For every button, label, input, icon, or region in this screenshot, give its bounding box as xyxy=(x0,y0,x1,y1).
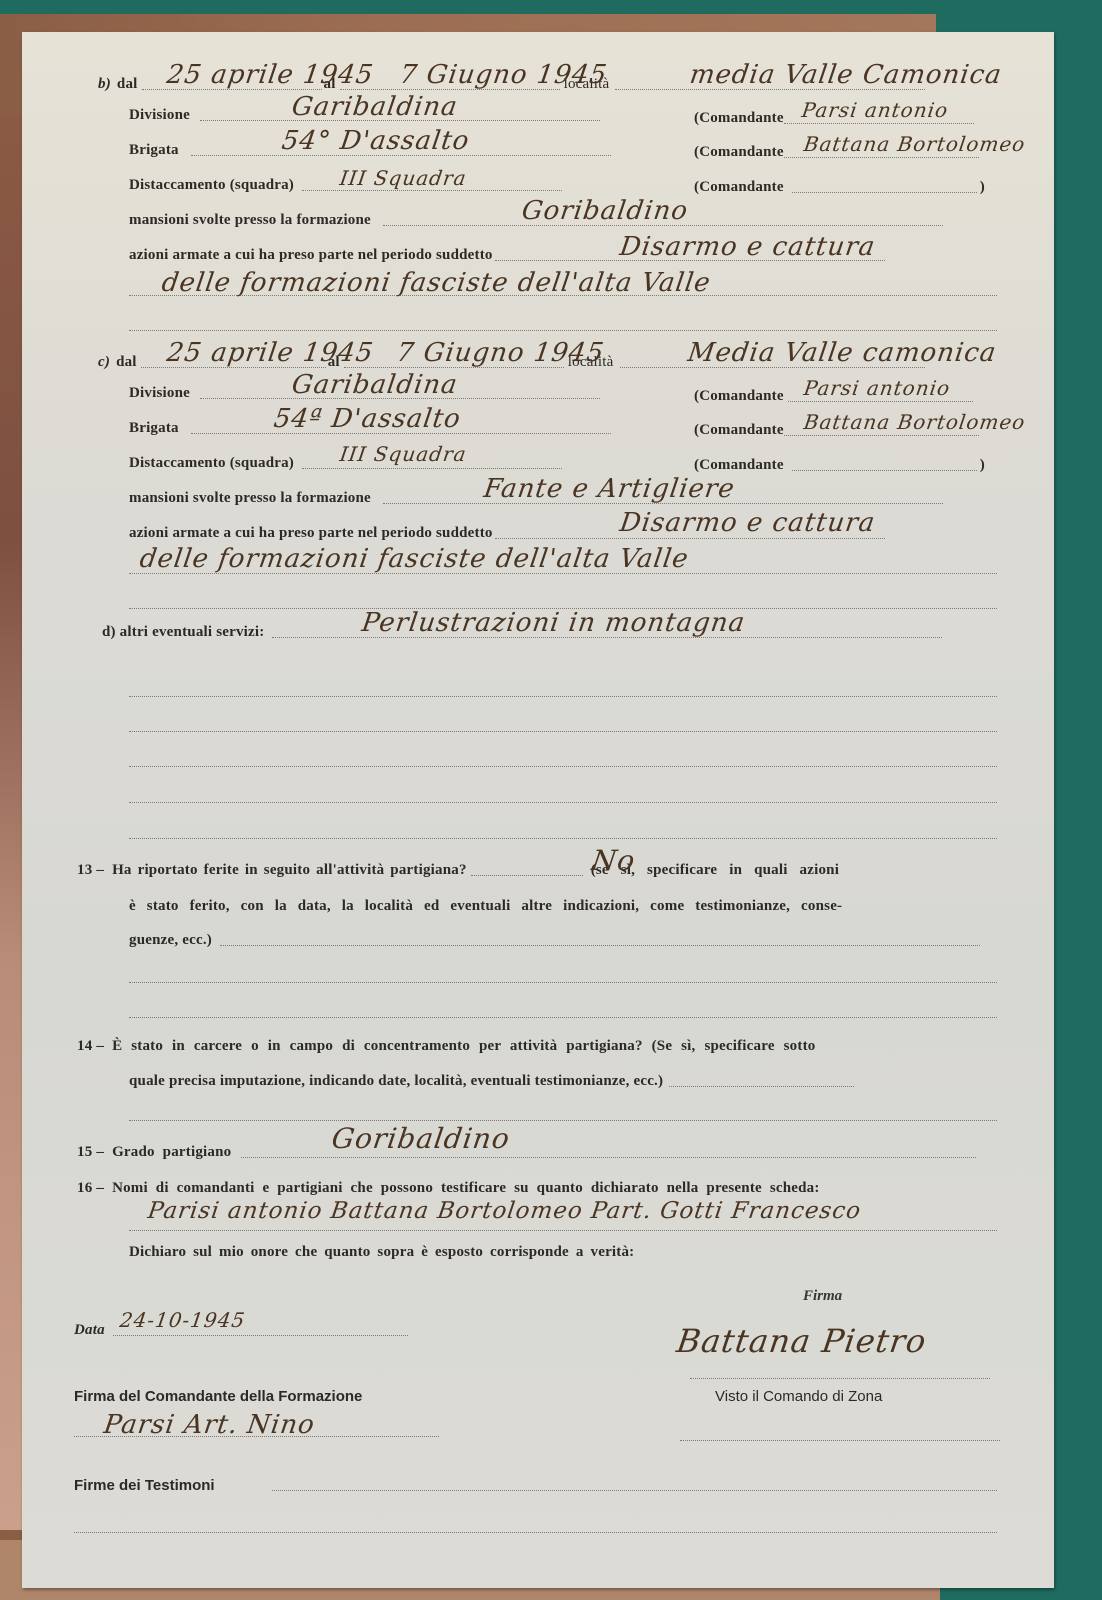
section-b-dist-comandante-row: (Comandante ) xyxy=(694,179,985,196)
dist-comandante-label: (Comandante xyxy=(694,179,784,196)
altri-servizi-label: d) altri eventuali servizi: xyxy=(102,624,264,641)
brigata-handwritten: 54° D'assalto xyxy=(280,126,472,156)
q13-row-3: guenze, ecc.) xyxy=(129,932,980,949)
grado-partigiano-label: Grado partigiano xyxy=(112,1144,231,1161)
q14-details-field[interactable] xyxy=(669,1086,854,1087)
q15-row: 15 – Grado partigiano xyxy=(77,1144,976,1161)
grado-partigiano-handwritten: Goribaldino xyxy=(330,1122,513,1155)
brigata-label: Brigata xyxy=(129,420,179,437)
divisione-label: Divisione xyxy=(129,385,190,402)
q14-row-2: quale precisa imputazione, indicando dat… xyxy=(129,1073,854,1090)
brig-comandante-field[interactable] xyxy=(784,435,979,436)
q13-line-2[interactable] xyxy=(129,982,997,983)
mansioni-handwritten: Goribaldino xyxy=(520,196,690,226)
q13-text-4: guenze, ecc.) xyxy=(129,932,212,949)
azioni-label: azioni armate a cui ha preso parte nel p… xyxy=(129,247,493,264)
q13-details-field[interactable] xyxy=(220,945,980,946)
close-paren: ) xyxy=(980,457,985,474)
azioni-handwritten-2: delle formazioni fasciste dell'alta Vall… xyxy=(160,268,713,298)
div-comandante-handwritten: Parsi antonio xyxy=(800,98,950,122)
brig-comandante-label: (Comandante xyxy=(694,144,784,161)
azioni-handwritten-1: Disarmo e cattura xyxy=(618,232,878,262)
q14-line-2[interactable] xyxy=(129,1120,997,1121)
q14-text-2: quale precisa imputazione, indicando dat… xyxy=(129,1073,663,1090)
altri-servizi-handwritten: Perlustrazioni in montagna xyxy=(360,608,747,638)
visto-comando-zona-field[interactable] xyxy=(680,1440,1000,1441)
div-comandante-field[interactable] xyxy=(788,401,973,402)
azioni-label: azioni armate a cui ha preso parte nel p… xyxy=(129,525,493,542)
div-comandante-handwritten: Parsi antonio xyxy=(802,376,952,400)
q13-row-2: è stato ferito, con la data, la località… xyxy=(129,898,842,915)
distaccamento-handwritten: III Squadra xyxy=(338,442,468,466)
distaccamento-field[interactable] xyxy=(302,190,562,191)
altri-servizi-line-6[interactable] xyxy=(129,838,997,839)
azioni-handwritten-1: Disarmo e cattura xyxy=(618,508,878,538)
firme-testimoni-label: Firme dei Testimoni xyxy=(74,1477,215,1494)
brig-comandante-handwritten: Battana Bortolomeo xyxy=(802,410,1027,434)
altri-servizi-line-3[interactable] xyxy=(129,731,997,732)
q16-handwritten: Parisi antonio Battana Bortolomeo Part. … xyxy=(146,1198,863,1224)
dist-comandante-field[interactable] xyxy=(792,192,977,193)
q15-number: 15 – xyxy=(77,1144,104,1161)
q14-number: 14 – xyxy=(77,1038,104,1055)
brig-comandante-handwritten: Battana Bortolomeo xyxy=(802,132,1027,156)
divisione-handwritten: Garibaldina xyxy=(290,92,460,122)
section-b-extra-line[interactable] xyxy=(129,330,997,331)
brig-comandante-field[interactable] xyxy=(784,157,979,158)
div-comandante-field[interactable] xyxy=(784,123,974,124)
brigata-handwritten: 54ª D'assalto xyxy=(272,404,463,434)
data-handwritten: 24-10-1945 xyxy=(118,1308,247,1332)
partisan-form-page: b) dal al località 25 aprile 1945 7 Giug… xyxy=(22,32,1054,1588)
q13-number: 13 – xyxy=(77,862,104,879)
q16-label: Nomi di comandanti e partigiani che poss… xyxy=(112,1180,820,1197)
mansioni-label: mansioni svolte presso la formazione xyxy=(129,490,371,507)
firma-field[interactable] xyxy=(690,1378,990,1379)
section-c-dist-comandante-row: (Comandante ) xyxy=(694,457,985,474)
q13-answer-handwritten: No xyxy=(590,844,638,877)
altri-servizi-line-2[interactable] xyxy=(129,696,997,697)
al-handwritten: 7 Giugno 1945 xyxy=(398,60,609,90)
section-b-prefix: b) xyxy=(98,76,111,93)
data-label: Data xyxy=(74,1322,105,1339)
visto-comando-zona-label: Visto il Comando di Zona xyxy=(715,1388,882,1405)
q14-question: È stato in carcere o in campo di concent… xyxy=(112,1038,815,1055)
dal-label: dal xyxy=(117,76,138,93)
mansioni-handwritten: Fante e Artigliere xyxy=(482,474,737,504)
grado-partigiano-field[interactable] xyxy=(241,1157,976,1158)
q13-row-1: 13 – Ha riportato ferite in seguito all'… xyxy=(77,862,997,879)
declaration-row: Dichiaro sul mio onore che quanto sopra … xyxy=(129,1244,634,1261)
q16-field[interactable] xyxy=(129,1230,997,1231)
firma-handwritten: Battana Pietro xyxy=(674,1322,929,1360)
distaccamento-handwritten: III Squadra xyxy=(338,166,468,190)
firme-testimoni-field-1[interactable] xyxy=(272,1490,997,1491)
al-handwritten: 7 Giugno 1945 xyxy=(395,338,606,368)
altri-servizi-line-4[interactable] xyxy=(129,766,997,767)
altri-servizi-line-5[interactable] xyxy=(129,802,997,803)
q13-answer-field[interactable] xyxy=(471,875,583,876)
close-paren: ) xyxy=(980,179,985,196)
dal-handwritten: 25 aprile 1945 xyxy=(165,338,376,368)
distaccamento-field[interactable] xyxy=(302,468,562,469)
distaccamento-label: Distaccamento (squadra) xyxy=(129,177,294,194)
q16-row: 16 – Nomi di comandanti e partigiani che… xyxy=(77,1180,820,1197)
dal-label: dal xyxy=(116,354,137,371)
distaccamento-label: Distaccamento (squadra) xyxy=(129,455,294,472)
firme-testimoni-field-2[interactable] xyxy=(74,1532,997,1533)
localita-handwritten: media Valle Camonica xyxy=(688,60,1004,90)
div-comandante-label: (Comandante xyxy=(694,388,784,405)
data-field[interactable] xyxy=(113,1335,408,1336)
q13-line-3[interactable] xyxy=(129,1017,997,1018)
dist-comandante-field[interactable] xyxy=(792,470,977,471)
dist-comandante-label: (Comandante xyxy=(694,457,784,474)
q13-text-3: è stato ferito, con la data, la località… xyxy=(129,898,842,915)
firma-comandante-handwritten: Parsi Art. Nino xyxy=(102,1410,317,1440)
section-c-prefix: c) xyxy=(98,354,110,371)
q13-question: Ha riportato ferite in seguito all'attiv… xyxy=(112,862,467,879)
divisione-handwritten: Garibaldina xyxy=(290,370,460,400)
firma-comandante-label: Firma del Comandante della Formazione xyxy=(74,1388,362,1405)
brig-comandante-label: (Comandante xyxy=(694,422,784,439)
brigata-label: Brigata xyxy=(129,142,179,159)
dal-handwritten: 25 aprile 1945 xyxy=(165,60,376,90)
q16-number: 16 – xyxy=(77,1180,104,1197)
azioni-field[interactable] xyxy=(495,538,885,539)
divisione-label: Divisione xyxy=(129,107,190,124)
azioni-handwritten-2: delle formazioni fasciste dell'alta Vall… xyxy=(138,544,691,574)
localita-handwritten: Media Valle camonica xyxy=(686,338,999,368)
q14-row-1: 14 – È stato in carcere o in campo di co… xyxy=(77,1038,815,1055)
declaration-text: Dichiaro sul mio onore che quanto sopra … xyxy=(129,1244,634,1261)
mansioni-label: mansioni svolte presso la formazione xyxy=(129,212,371,229)
firma-label: Firma xyxy=(803,1288,842,1305)
div-comandante-label: (Comandante xyxy=(694,110,784,127)
